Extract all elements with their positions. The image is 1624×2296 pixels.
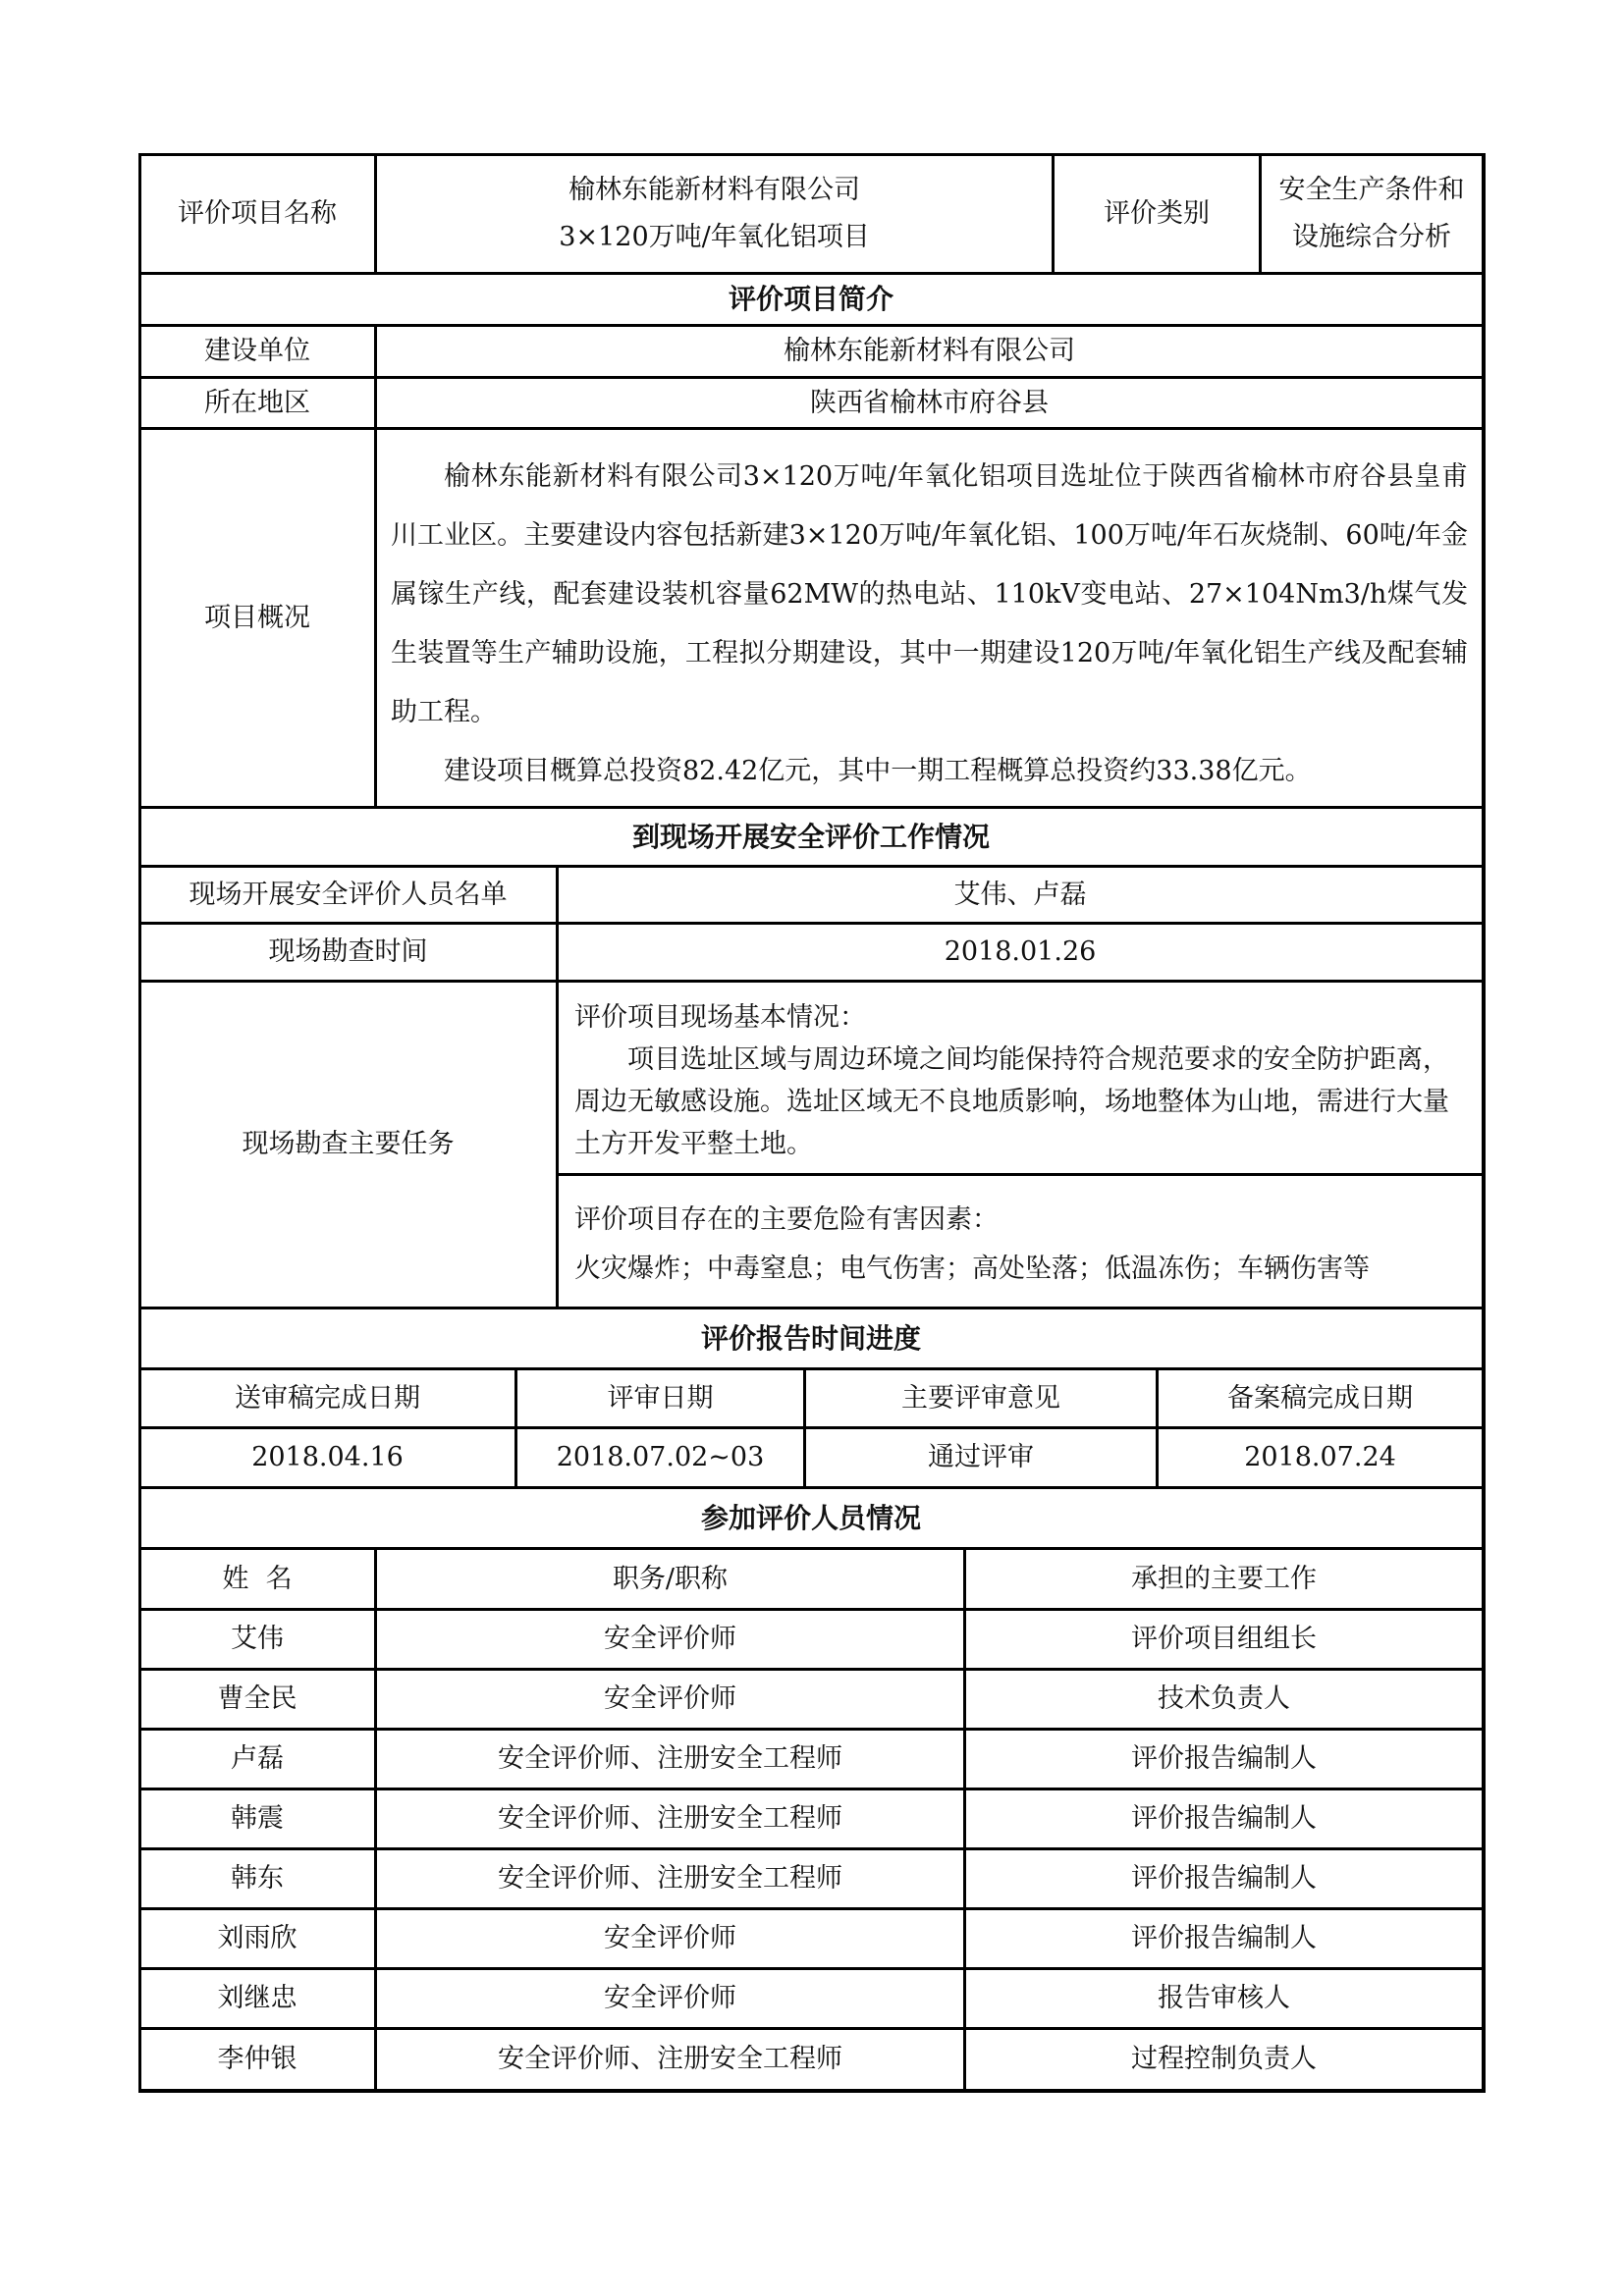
staff-col-name: 姓 名	[138, 1548, 376, 1610]
builder-label: 建设单位	[138, 325, 376, 378]
staff-row-3-name: 卢磊	[138, 1729, 376, 1789]
category-label: 评价类别	[1053, 153, 1261, 274]
schedule-review-opinion: 通过评审	[804, 1427, 1158, 1488]
staff-row-3-duty: 评价报告编制人	[964, 1729, 1484, 1789]
tasks-label: 现场勘查主要任务	[138, 981, 558, 1308]
hazards-text: 火灾爆炸；中毒窒息；电气伤害；高处坠落；低温冻伤；车辆伤害等	[574, 1245, 1466, 1294]
staff-row-6-name: 刘雨欣	[138, 1908, 376, 1969]
staff-row-5-title: 安全评价师、注册安全工程师	[375, 1848, 965, 1909]
intro-section-heading: 评价项目简介	[138, 273, 1484, 326]
schedule-col-review-opinion: 主要评审意见	[804, 1368, 1158, 1428]
staff-row-1-duty: 评价项目组组长	[964, 1609, 1484, 1670]
project-name-line-2: 3×120万吨/年氧化铝项目	[559, 219, 869, 256]
schedule-review-date: 2018.07.02~03	[515, 1427, 805, 1488]
staff-row-7-duty: 报告审核人	[964, 1968, 1484, 2029]
schedule-filing-date: 2018.07.24	[1157, 1427, 1484, 1488]
staff-row-2-name: 曹全民	[138, 1669, 376, 1730]
onsite-section-heading: 到现场开展安全评价工作情况	[138, 807, 1484, 867]
schedule-col-review-date: 评审日期	[515, 1368, 805, 1428]
project-name-label: 评价项目名称	[138, 153, 376, 274]
staff-col-duty: 承担的主要工作	[964, 1548, 1484, 1610]
site-basic-text: 项目选址区域与周边环境之间均能保持符合规范要求的安全防护距离，周边无敏感设施。选…	[574, 1039, 1466, 1165]
personnel-label: 现场开展安全评价人员名单	[138, 866, 558, 924]
staff-row-1-title: 安全评价师	[375, 1609, 965, 1670]
hazards-heading: 评价项目存在的主要危险有害因素：	[574, 1196, 1466, 1245]
document-page: 评价项目名称 榆林东能新材料有限公司 3×120万吨/年氧化铝项目 评价类别 安…	[0, 0, 1624, 2296]
staff-row-5-name: 韩东	[138, 1848, 376, 1909]
staff-row-7-title: 安全评价师	[375, 1968, 965, 2029]
schedule-submit-date: 2018.04.16	[138, 1427, 516, 1488]
survey-time-value: 2018.01.26	[557, 923, 1484, 982]
staff-row-6-title: 安全评价师	[375, 1908, 965, 1969]
staff-row-2-title: 安全评价师	[375, 1669, 965, 1730]
personnel-value: 艾伟、卢磊	[557, 866, 1484, 924]
hazards-block: 评价项目存在的主要危险有害因素： 火灾爆炸；中毒窒息；电气伤害；高处坠落；低温冻…	[557, 1174, 1484, 1308]
staff-row-2-duty: 技术负责人	[964, 1669, 1484, 1730]
staff-row-3-title: 安全评价师、注册安全工程师	[375, 1729, 965, 1789]
staff-row-1-name: 艾伟	[138, 1609, 376, 1670]
survey-time-label: 现场勘查时间	[138, 923, 558, 982]
schedule-col-filing-date: 备案稿完成日期	[1157, 1368, 1484, 1428]
region-label: 所在地区	[138, 377, 376, 429]
site-basic-heading: 评价项目现场基本情况：	[574, 996, 1466, 1039]
staff-col-title: 职务/职称	[375, 1548, 965, 1610]
schedule-section-heading: 评价报告时间进度	[138, 1308, 1484, 1369]
staff-row-5-duty: 评价报告编制人	[964, 1848, 1484, 1909]
project-name-line-1: 榆林东能新材料有限公司	[568, 172, 860, 209]
category-line-2: 设施综合分析	[1292, 219, 1451, 256]
staff-row-6-duty: 评价报告编制人	[964, 1908, 1484, 1969]
category-line-1: 安全生产条件和	[1279, 172, 1465, 209]
overview-text: 榆林东能新材料有限公司3×120万吨/年氧化铝项目选址位于陕西省榆林市府谷县皇甫…	[375, 428, 1484, 808]
staff-section-heading: 参加评价人员情况	[138, 1487, 1484, 1549]
staff-row-4-duty: 评价报告编制人	[964, 1789, 1484, 1849]
overview-label: 项目概况	[138, 428, 376, 808]
overview-paragraph-2: 建设项目概算总投资82.42亿元，其中一期工程概算总投资约33.38亿元。	[391, 742, 1468, 801]
staff-row-8-title: 安全评价师、注册安全工程师	[375, 2028, 965, 2091]
site-basic-block: 评价项目现场基本情况： 项目选址区域与周边环境之间均能保持符合规范要求的安全防护…	[557, 981, 1484, 1175]
staff-row-7-name: 刘继忠	[138, 1968, 376, 2029]
project-name-value: 榆林东能新材料有限公司 3×120万吨/年氧化铝项目	[375, 153, 1054, 274]
staff-row-8-duty: 过程控制负责人	[964, 2028, 1484, 2091]
category-value: 安全生产条件和 设施综合分析	[1260, 153, 1484, 274]
staff-row-8-name: 李仲银	[138, 2028, 376, 2091]
staff-row-4-name: 韩震	[138, 1789, 376, 1849]
staff-row-4-title: 安全评价师、注册安全工程师	[375, 1789, 965, 1849]
overview-paragraph-1: 榆林东能新材料有限公司3×120万吨/年氧化铝项目选址位于陕西省榆林市府谷县皇甫…	[391, 448, 1468, 742]
schedule-col-submit-date: 送审稿完成日期	[138, 1368, 516, 1428]
region-value: 陕西省榆林市府谷县	[375, 377, 1484, 429]
builder-value: 榆林东能新材料有限公司	[375, 325, 1484, 378]
